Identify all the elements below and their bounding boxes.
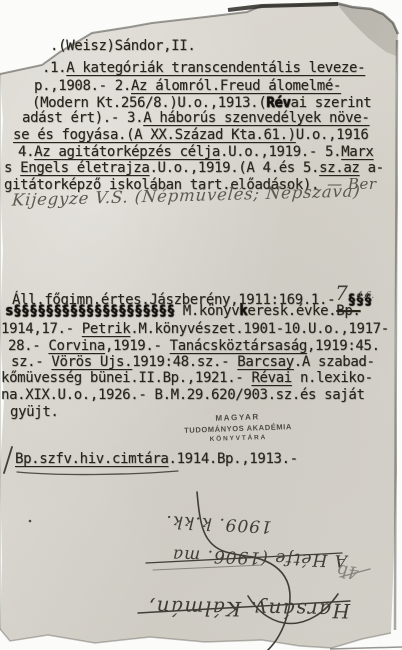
text-segment: s§§§§§§§§§§§§§§§§§§§§	[5, 303, 175, 319]
handwritten-pencil-mark: 4b	[336, 560, 360, 582]
text-segment: (Modern Kt.256/8.)U.o.,1913.(	[32, 95, 266, 111]
typed-line: 4.Az agitátorképzés célja.U.o.,1919.- 5.…	[18, 144, 374, 160]
text-segment: Bp.szfv.hiv.cimtára	[15, 451, 169, 467]
typed-line: sz.- Vörös Ujs.1919:48.sz.- Barcsay.A sz…	[11, 354, 375, 370]
handwritten-tiny-annotation: 4.6.	[357, 291, 374, 301]
text-segment: 28.-	[8, 338, 48, 354]
text-segment: Engels életrajza	[20, 160, 149, 176]
text-segment: Az álomról.Freud álomelmé-	[131, 78, 341, 94]
text-segment: Corvina	[48, 338, 105, 354]
text-segment: Rév	[266, 95, 290, 111]
text-segment: .A szabad-	[294, 354, 375, 370]
text-segment: adást ért).- 3.	[22, 110, 143, 126]
typed-line: .1.A kategóriák transcendentális leveze-	[42, 60, 365, 76]
text-segment: sz.-	[11, 354, 51, 370]
text-segment: Tanácsköztársaság	[170, 338, 307, 354]
typed-line: Bp.szfv.hiv.cimtára.1914.Bp.,1913.-	[15, 451, 298, 467]
text-segment: M.könyv	[175, 303, 240, 319]
text-segment: .(Weisz)Sándor,II.	[50, 38, 195, 54]
scanned-catalog-card: .(Weisz)Sándor,II. .1.A kategóriák trans…	[0, 0, 402, 650]
typed-line: (Modern Kt.256/8.)U.o.,1913.(Révai szeri…	[32, 95, 371, 111]
handwritten-flipped-note-author: Harsány. Kálmán,	[128, 595, 350, 623]
typed-line: .(Weisz)Sándor,II.	[50, 38, 195, 54]
typed-line: 1914,17.- Petrik.M.könyvészet.1901-10.U.…	[1, 321, 389, 337]
text-segment: sz.az	[319, 160, 359, 176]
text-segment: na.XIX.U.o.,1926.- B.M.29.620/903.sz.és …	[1, 387, 365, 403]
text-segment: U.o.,1916	[296, 127, 369, 143]
typed-line: 28.- Corvina,1919.- Tanácsköztársaság,19…	[8, 338, 380, 354]
text-segment: ,1919.-	[105, 338, 170, 354]
library-stamp: MAGYAR TUDOMÁNYOS AKADÉMIA KÖNYVTÁRA	[178, 411, 299, 444]
text-segment: Az agitátorképzés célja	[34, 144, 220, 160]
text-segment: ,1919:45.	[307, 338, 380, 354]
text-segment: 1919:48.sz.-	[132, 354, 237, 370]
text-segment: 1914,17.-	[1, 321, 82, 337]
text-segment: p.,1908.- 2.	[34, 78, 131, 94]
text-segment: Vörös Ujs.	[51, 354, 132, 370]
text-segment: eresk.évke.	[247, 303, 336, 319]
typed-line: p.,1908.- 2.Az álomról.Freud álomelmé-	[34, 78, 341, 94]
text-segment: 7	[335, 281, 347, 305]
typed-line: s Engels életrajza.U.o.,1919.(A 4.és 5.s…	[4, 160, 384, 176]
text-segment: .U.o.,1919.(A 4.és 5.	[149, 160, 319, 176]
text-segment: Marx	[341, 144, 373, 160]
text-segment: .1.	[42, 60, 66, 76]
text-segment: kőmüvesség bünei.II.Bp.,1921.-	[1, 370, 251, 386]
text-segment: 4.	[18, 144, 34, 160]
text-segment: s	[4, 160, 20, 176]
text-segment: ai szerint	[291, 95, 372, 111]
text-segment: .U.o.,1919.- 5.	[220, 144, 341, 160]
text-segment: A háborús szenvedélyek növe-	[143, 110, 369, 126]
text-segment: gyüjt.	[10, 404, 58, 420]
text-segment: A kategóriák transcendentális leveze-	[66, 60, 365, 76]
typed-line: adást ért).- 3.A háborús szenvedélyek nö…	[22, 110, 369, 126]
text-segment: Bp.	[336, 303, 360, 319]
text-segment: Petrik	[82, 321, 130, 337]
typed-line: na.XIX.U.o.,1926.- B.M.29.620/903.sz.és …	[1, 387, 365, 403]
typed-line: se és fogyása.(A XX.Század Kta.61.)U.o.,…	[13, 127, 368, 143]
text-segment: se és fogyása.(A XX.Század Kta.61.)	[13, 127, 296, 143]
text-segment: n.lexiko-	[292, 370, 373, 386]
typed-line: s§§§§§§§§§§§§§§§§§§§§ M.könyvkeresk.évke…	[5, 303, 361, 319]
text-segment: Barcsay	[237, 354, 294, 370]
typed-line: gyüjt.	[10, 404, 58, 420]
text-segment: Révai	[251, 370, 291, 386]
text-segment: a-	[360, 160, 384, 176]
text-segment: .1914.Bp.,1913.-	[169, 451, 298, 467]
text-segment: .M.könyvészet.1901-10.U.o.,1917-	[130, 321, 389, 337]
typed-line: kőmüvesség bünei.II.Bp.,1921.- Révai n.l…	[1, 370, 373, 386]
